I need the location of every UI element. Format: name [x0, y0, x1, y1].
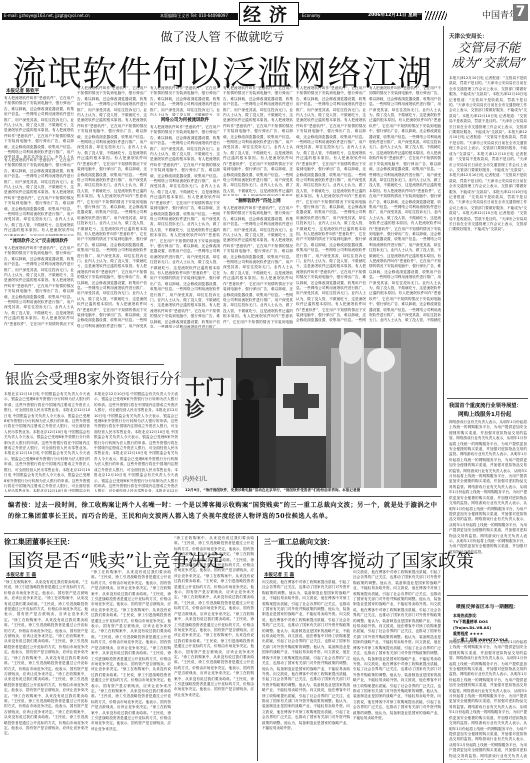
clinic-sign-sub: 内外妇儿 — [183, 474, 207, 483]
bottom-left-body-col1: “徐工在收购案中，从来没有说过我们要卖给谁。”王民说，徐工引进战略投资者是通过公… — [4, 580, 88, 760]
page-number: 7 — [513, 4, 528, 21]
bottom-middle-body-col1: 向文波说，他在博客中对徐工收购案提出质疑，引起了社会各界的广泛关注，也推动了国家… — [262, 580, 350, 760]
bottom-left-kicker: 徐工集团董事长王民： — [4, 537, 74, 547]
lead-body-col4b: 有人把流氓软件叫作“恶意软件”，它在用户不知情的情况下安装到电脑中，强行弹出广告… — [223, 206, 293, 324]
lead-subhead-3: “捆绑装软件”四处上网 — [223, 198, 293, 204]
masthead-editor: 本版编辑/王义芳 Tel: 010-64098097 — [160, 12, 228, 20]
issue-date: 2006年12月11日 星期一 — [368, 12, 422, 18]
column-divider — [443, 26, 444, 763]
bottom-left-body-col2: “徐工在收购案中，从来没有说过我们要卖给谁。”王民说，徐工引进战略投资者是通过公… — [91, 570, 171, 760]
photo-caption: 12月9日，“治疗流氓软件，免费诊断电脑”活动在北京举行，“流氓软件受害者”们纷… — [185, 488, 435, 493]
editor-note-rule-bottom — [4, 533, 441, 534]
lead-subhead-2: 网络公司为何被流氓软件 — [150, 117, 220, 123]
side-list-body: 网络游戏行业有关负责人表示，从明年1月份起将上线统一的网购服务平台，为用户提供更… — [449, 640, 527, 760]
side-rule-2 — [447, 595, 528, 596]
lead-body-col5: 有人把流氓软件叫作“恶意软件”，它在用户不知情的情况下安装到电脑中，强行弹出广告… — [296, 86, 366, 324]
side-top-headline-line1: 交管局不能 — [449, 40, 529, 55]
side-rule-1 — [447, 398, 528, 399]
side-list-item: TV下载量榜单 DOS (Trojan.DL.VB.AS) — [453, 619, 527, 631]
bottom-middle-byline: 本报记者 王 磊 — [264, 572, 294, 578]
editor-note-rule-top — [4, 496, 441, 497]
second-body-col2: 本报北京12月10日电 中国银监会有关负责人今天表示，银监会已受理8家外资银行分… — [94, 392, 178, 492]
side-list: 本周热卖游戏： TV下载量榜单 DOS (Trojan.DL.VB.AS) 重要… — [453, 613, 527, 643]
editor-note-text: 过去一段时间，徐工收购案让两个人名噪一时：一个是以博客揭示收购案“国资贱卖”的三… — [8, 502, 437, 520]
lead-byline: 本报记者 陈钦平 — [6, 88, 39, 94]
lead-body-col6: 有人把流氓软件叫作“恶意软件”，它在用户不知情的情况下安装到电脑中，强行弹出广告… — [369, 86, 441, 324]
bottom-divider — [257, 536, 258, 761]
editor-note-label: 编者按： — [8, 502, 35, 509]
lead-subhead-1: “流氓软件之父”反击流氓软件 — [4, 238, 74, 244]
section-rule — [14, 364, 164, 365]
lead-body-col1a: 有人把流氓软件叫作“恶意软件”，它在用户不知情的情况下安装到电脑中，强行弹出广告… — [4, 96, 74, 158]
side-top-kicker: 天津公安局长： — [449, 32, 488, 40]
decorative-stripes — [425, 11, 447, 20]
editor-note: 编者按：过去一段时间，徐工收购案让两个人名噪一时：一个是以博客揭示收购案“国资贱… — [8, 500, 440, 522]
lead-body-col2: 有人把流氓软件叫作“恶意软件”，它在用户不知情的情况下安装到电脑中，强行弹出广告… — [77, 86, 147, 328]
news-photo: 十门诊 内外妇儿 — [181, 328, 437, 488]
bottom-left-body-col3: “徐工在收购案中，从来没有说过我们要卖给谁。”王民说，徐工引进战略投资者是通过公… — [174, 536, 254, 760]
lead-body-col1c: 有人把流氓软件叫作“恶意软件”，它在用户不知情的情况下安装到电脑中，强行弹出广告… — [4, 246, 74, 326]
lead-body-col3b: 有人把流氓软件叫作“恶意软件”，它在用户不知情的情况下安装到电脑中，强行弹出广告… — [150, 125, 220, 328]
side-bottom-headline: 我国首个重度流行业领导展望： — [449, 402, 522, 409]
side-list-title: 喷图反弹省区本与一期翻程： — [456, 603, 518, 610]
bottom-left-byline: 本报记者 王 磊 — [6, 572, 36, 578]
lead-body-col4a: 有人把流氓软件叫作“恶意软件”，它在用户不知情的情况下安装到电脑中，强行弹出广告… — [223, 86, 293, 196]
side-bottom-subhead: 网购上线服务1月份起 — [458, 410, 511, 418]
side-bottom-body: 网络游戏行业有关负责人表示，从明年1月份起将上线统一的网购服务平台，为用户提供更… — [449, 420, 527, 588]
side-top-body: 本报天津12月10日电 记者报道：“交管局不是收款局，罚款不是目的。”天津市公安… — [449, 76, 527, 398]
bottom-middle-body-col2: 向文波说，他在博客中对徐工收购案提出质疑，引起了社会各界的广泛关注，也推动了国家… — [353, 570, 441, 760]
second-body-col1: 本报北京12月10日电 中国银监会有关负责人今天表示，银监会已受理8家外资银行分… — [4, 392, 90, 492]
lead-kicker: 做了没人管 不做就吃亏 — [0, 28, 445, 45]
section-title: 经济 — [239, 2, 299, 26]
clinic-sign: 十门诊 — [185, 376, 229, 420]
masthead-email: E-mail: jjzhoye@163.net, jjzgt@cyol.net.… — [4, 12, 90, 20]
bottom-middle-kicker: 三一重工总裁向文波： — [264, 537, 334, 547]
lead-body-col1b: 有人把流氓软件叫作“恶意软件”，它在用户不知情的情况下安装到电脑中，强行弹出广告… — [4, 158, 74, 236]
lead-body-col3a: 有人把流氓软件叫作“恶意软件”，它在用户不知情的情况下安装到电脑中，强行弹出广告… — [150, 86, 220, 116]
side-top-headline: 交管局不能 成为“交款局” — [449, 40, 529, 70]
side-top-headline-line2: 成为“交款局” — [449, 55, 529, 70]
section-english: Economy — [302, 12, 320, 20]
